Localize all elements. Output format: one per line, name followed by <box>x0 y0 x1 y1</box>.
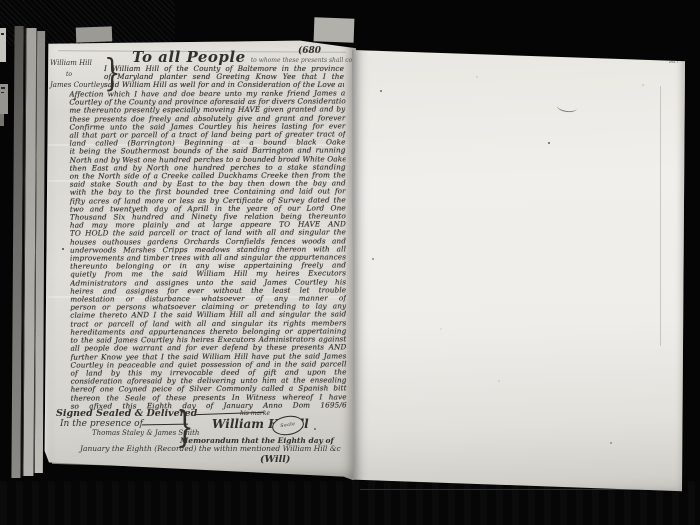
grantor-name: William Hill <box>50 58 108 69</box>
right-page: 987 <box>352 46 685 493</box>
book-edge-strip <box>34 31 45 473</box>
faint-crease-line <box>660 86 661 346</box>
folio-number: 987 <box>669 59 680 65</box>
page-edge-sliver <box>0 84 8 114</box>
heading-large-text: To all People <box>132 48 246 66</box>
stray-pen-mark <box>556 101 577 114</box>
grantee-name: James Courtley <box>50 80 108 91</box>
page-edge-sliver <box>0 114 4 126</box>
clerk-mark: (Will) <box>260 454 290 465</box>
left-page: mw 656 (680 William Hill to James Courtl… <box>44 38 356 482</box>
margin-connector: to <box>50 69 108 80</box>
margin-parties: William Hill to James Courtley <box>50 58 108 91</box>
page-corner-tab <box>314 17 355 42</box>
page-corner-tab <box>76 26 113 42</box>
edge-mark <box>1 33 4 35</box>
scanned-record-book: mw 656 (680 William Hill to James Courtl… <box>0 0 700 525</box>
memorandum-line2: January the Eighth (Recorded) the within… <box>80 444 341 453</box>
body-text: Affection which I have and doe beare unt… <box>69 89 346 410</box>
page-edge-sliver <box>0 28 6 62</box>
handwritten-line: of Maryland planter send Greeting Know Y… <box>104 73 344 81</box>
edge-mark <box>1 92 4 93</box>
mark-note: his marke <box>240 410 270 417</box>
paper-specks <box>380 90 382 92</box>
seal-label: Seale <box>280 422 296 429</box>
intro-text: I William Hill of the County of Baltemor… <box>104 65 344 90</box>
edge-mark <box>1 87 5 89</box>
under-page-edge <box>360 489 660 490</box>
page-edge-shading <box>352 46 685 493</box>
presence-line: In the presence of <box>60 419 143 429</box>
handwritten-line: said William Hill as well for and in Con… <box>104 81 344 89</box>
handwritten-line: I William Hill of the County of Baltemor… <box>104 65 344 73</box>
